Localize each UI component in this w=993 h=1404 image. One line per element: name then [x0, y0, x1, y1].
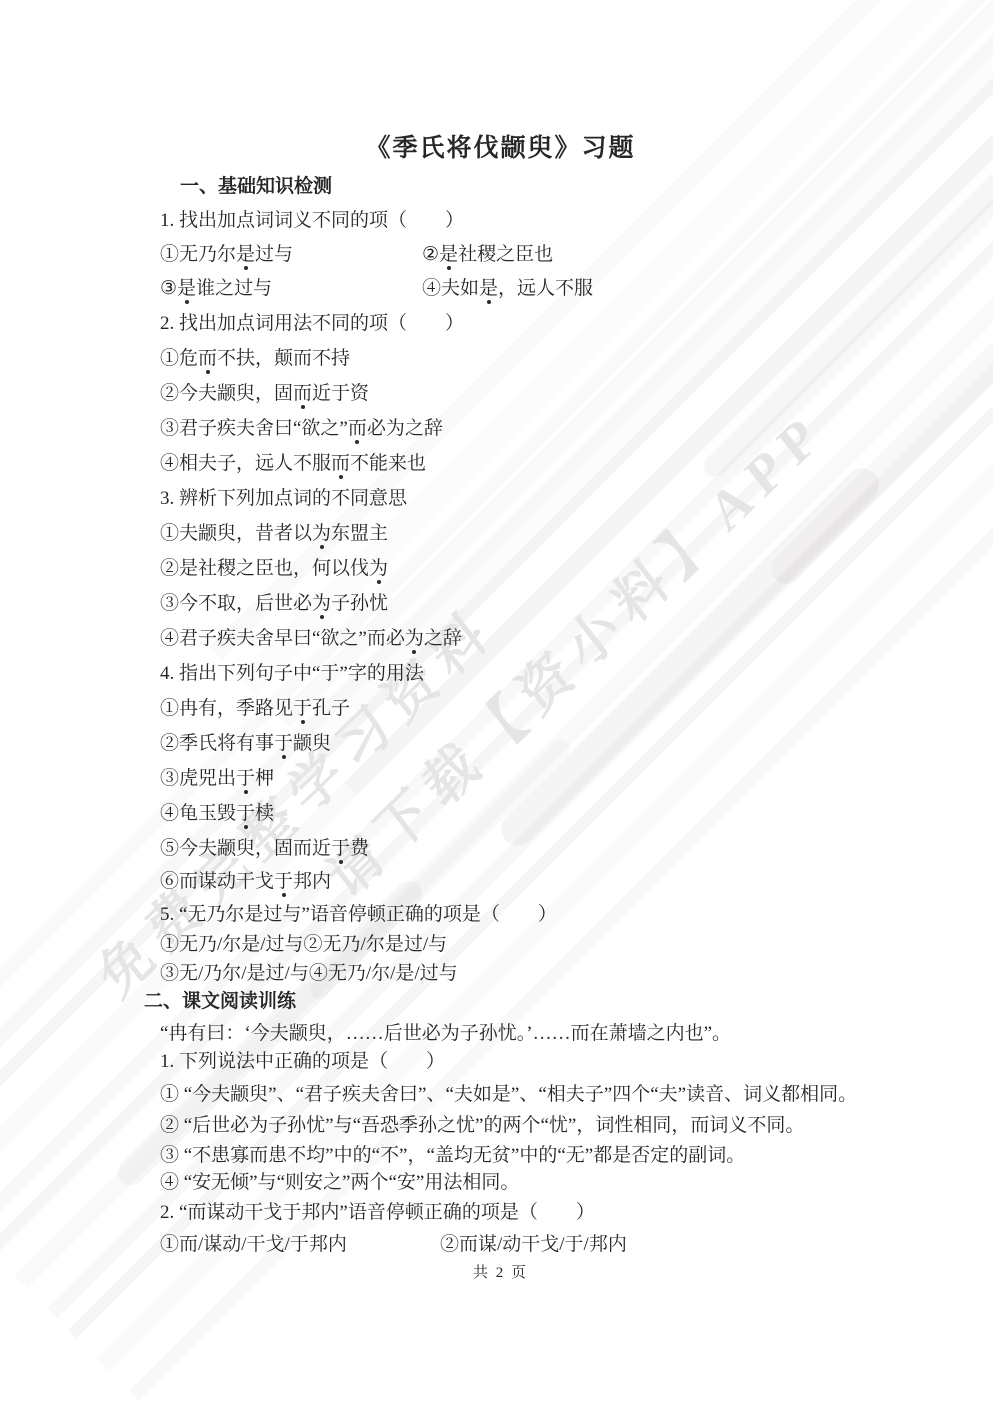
text-line: ①危而不扶，颠而不持: [160, 335, 933, 370]
worksheet-body: 一、基础知识检测1. 找出加点词词义不同的项（ ）①无乃尔是过与②是社稷之臣也③…: [160, 164, 933, 1256]
text-run: 孔子: [312, 693, 350, 720]
text-line: ③ “不患寡而患不均”中的“不”，“盖均无贫”中的“无”都是否定的副词。: [160, 1137, 933, 1167]
text-line: ③无/乃尔/是过/与④无乃/尔/是/过与: [160, 956, 933, 985]
text-run: ④ “安无倾”与“则安之”两个“安”用法相同。: [160, 1167, 519, 1194]
emphasis-dot-char: 而: [348, 413, 367, 440]
text-line: 5. “无乃尔是过与”语音停顿正确的项是（ ）: [160, 893, 933, 926]
emphasis-dot-char: 而: [331, 448, 350, 475]
section-heading: 一、基础知识检测: [160, 164, 933, 198]
text-line: ②今夫颛臾，固而近于资: [160, 370, 933, 405]
text-line: “冉有曰：‘今夫颛臾，……后世必为子孙忧。’……而在萧墙之内也”。: [160, 1013, 933, 1045]
text-run: 子孙忧: [331, 588, 388, 615]
text-run: 社稷之臣也: [458, 244, 553, 265]
emphasis-dot-char: 于: [236, 763, 255, 790]
text-run: ②是社稷之臣也，何以伐: [160, 553, 369, 580]
text-line: ④ “安无倾”与“则安之”两个“安”用法相同。: [160, 1167, 933, 1194]
choice-cell: ②而谋/动干戈/于/邦内: [440, 1229, 627, 1256]
section-heading: 二、课文阅读训练: [144, 985, 933, 1013]
page-footer: 共 2 页: [114, 1256, 887, 1282]
text-run: 4. 指出下列句子中“于”字的用法: [160, 658, 424, 685]
text-line: ② “后世必为子孙忧”与“吾恐季孙之忧”的两个“忧”，词性相同，而词义不同。: [160, 1106, 933, 1137]
text-run: 椟: [255, 798, 274, 825]
emphasis-dot-char: 是: [236, 239, 255, 266]
emphasis-dot-char: 于: [274, 728, 293, 755]
choice-cell: ④夫如是，远人不服: [422, 273, 593, 300]
choice-cell: ①而/谋动/干戈/于邦内: [160, 1229, 440, 1256]
text-line: 2. “而谋动干戈于邦内”语音停顿正确的项是（ ）: [160, 1194, 933, 1224]
text-line: ① “今夫颛臾”、“君子疾夫舍曰”、“夫如是”、“相夫子”四个“夫”读音、词义都…: [160, 1073, 933, 1106]
emphasis-dot-char: 是: [439, 239, 458, 266]
emphasis-dot-char: 为: [312, 518, 331, 545]
text-run: ①危: [160, 343, 198, 370]
document-content: 《季氏将伐颛臾》习题 一、基础知识检测1. 找出加点词词义不同的项（ ）①无乃尔…: [0, 0, 993, 1282]
text-run: “冉有曰：‘今夫颛臾，……后世必为子孙忧。’……而在萧墙之内也”。: [160, 1018, 731, 1045]
text-run: ①夫颛臾，昔者以: [160, 518, 312, 545]
emphasis-dot-char: 为: [405, 623, 424, 650]
document-page: 免费完整学习资料 请下载【资小料】APP 《季氏将伐颛臾》习题 一、基础知识检测…: [0, 0, 993, 1404]
text-run: ⑥而谋动干戈: [160, 866, 274, 893]
text-run: ①而/谋动/干戈/于邦内: [160, 1234, 347, 1255]
text-run: ②今夫颛臾，固: [160, 378, 293, 405]
text-run: 2. 找出加点词用法不同的项（ ）: [160, 308, 464, 335]
text-run: ④龟玉毁: [160, 798, 236, 825]
text-line: 3. 辨析下列加点词的不同意思: [160, 475, 933, 510]
emphasis-dot-char: 而: [293, 378, 312, 405]
emphasis-dot-char: 于: [236, 798, 255, 825]
text-run: ①冉有，季路见: [160, 693, 293, 720]
text-run: 2. “而谋动干戈于邦内”语音停顿正确的项是（ ）: [160, 1197, 595, 1224]
text-run: 颛臾: [293, 728, 331, 755]
text-run: ⑤今夫颛臾，固而近: [160, 833, 331, 860]
page-title: 《季氏将伐颛臾》习题: [114, 134, 887, 164]
text-run: ③: [160, 278, 177, 299]
text-run: ③ “不患寡而患不均”中的“不”，“盖均无贫”中的“无”都是否定的副词。: [160, 1140, 745, 1167]
choice-row: ①而/谋动/干戈/于邦内②而谋/动干戈/于/邦内: [160, 1224, 933, 1256]
text-line: ①冉有，季路见于孔子: [160, 685, 933, 720]
text-line: ⑤今夫颛臾，固而近于费: [160, 825, 933, 860]
text-run: 费: [350, 833, 369, 860]
text-run: 不能来也: [350, 448, 426, 475]
text-line: 1. 下列说法中正确的项是（ ）: [160, 1045, 933, 1073]
emphasis-dot-char: 于: [274, 866, 293, 893]
text-line: 1. 找出加点词词义不同的项（ ）: [160, 198, 933, 232]
text-run: 3. 辨析下列加点词的不同意思: [160, 483, 407, 510]
text-line: 2. 找出加点词用法不同的项（ ）: [160, 300, 933, 335]
text-run: ③虎兕出: [160, 763, 236, 790]
choice-cell: ③是谁之过与: [160, 273, 422, 300]
text-run: 必为之辞: [367, 413, 443, 440]
text-run: ② “后世必为子孙忧”与“吾恐季孙之忧”的两个“忧”，词性相同，而词义不同。: [160, 1110, 804, 1137]
text-run: 1. 找出加点词词义不同的项（ ）: [160, 205, 464, 232]
emphasis-dot-char: 为: [312, 588, 331, 615]
text-run: ③无/乃尔/是过/与④无乃/尔/是/过与: [160, 958, 458, 985]
text-line: ③今不取，后世必为子孙忧: [160, 580, 933, 615]
text-line: ④君子疾夫舍早曰“欲之”而必为之辞: [160, 615, 933, 650]
text-line: ①无乃/尔是/过与②无乃/尔是过/与: [160, 926, 933, 956]
text-run: ④君子疾夫舍早曰“欲之”而必: [160, 623, 405, 650]
text-run: ①无乃尔: [160, 244, 236, 265]
emphasis-dot-char: 于: [293, 693, 312, 720]
text-line: ②是社稷之臣也，何以伐为: [160, 545, 933, 580]
text-run: 柙: [255, 763, 274, 790]
text-run: 1. 下列说法中正确的项是（ ）: [160, 1046, 445, 1073]
text-line: ④龟玉毁于椟: [160, 790, 933, 825]
text-line: ③虎兕出于柙: [160, 755, 933, 790]
text-line: ④相夫子，远人不服而不能来也: [160, 440, 933, 475]
text-run: ④相夫子，远人不服: [160, 448, 331, 475]
text-run: ②而谋/动干戈/于/邦内: [440, 1234, 627, 1255]
text-run: 近于资: [312, 378, 369, 405]
text-run: 邦内: [293, 866, 331, 893]
text-run: 之辞: [424, 623, 462, 650]
emphasis-dot-char: 是: [177, 273, 196, 300]
text-run: ①无乃/尔是/过与②无乃/尔是过/与: [160, 929, 447, 956]
emphasis-dot-char: 是: [479, 273, 498, 300]
choice-row: ①无乃尔是过与②是社稷之臣也: [160, 232, 933, 266]
text-run: ③今不取，后世必: [160, 588, 312, 615]
text-run: ③君子疾夫舍曰“欲之”: [160, 413, 348, 440]
text-line: ③君子疾夫舍曰“欲之”而必为之辞: [160, 405, 933, 440]
text-run: ，远人不服: [498, 278, 593, 299]
text-run: ②: [422, 244, 439, 265]
choice-row: ③是谁之过与④夫如是，远人不服: [160, 266, 933, 300]
text-line: 4. 指出下列句子中“于”字的用法: [160, 650, 933, 685]
text-run: ②季氏将有事: [160, 728, 274, 755]
text-run: ① “今夫颛臾”、“君子疾夫舍曰”、“夫如是”、“相夫子”四个“夫”读音、词义都…: [160, 1079, 857, 1106]
text-line: ②季氏将有事于颛臾: [160, 720, 933, 755]
choice-cell: ①无乃尔是过与: [160, 239, 422, 266]
text-run: 东盟主: [331, 518, 388, 545]
emphasis-dot-char: 于: [331, 833, 350, 860]
text-line: ①夫颛臾，昔者以为东盟主: [160, 510, 933, 545]
text-run: 过与: [255, 244, 293, 265]
choice-cell: ②是社稷之臣也: [422, 239, 553, 266]
text-line: ⑥而谋动干戈于邦内: [160, 860, 933, 893]
emphasis-dot-char: 而: [198, 343, 217, 370]
text-run: 谁之过与: [196, 278, 272, 299]
text-run: 5. “无乃尔是过与”语音停顿正确的项是（ ）: [160, 899, 557, 926]
text-run: ④夫如: [422, 278, 479, 299]
emphasis-dot-char: 为: [369, 553, 388, 580]
text-run: 不扶，颠而不持: [217, 343, 350, 370]
